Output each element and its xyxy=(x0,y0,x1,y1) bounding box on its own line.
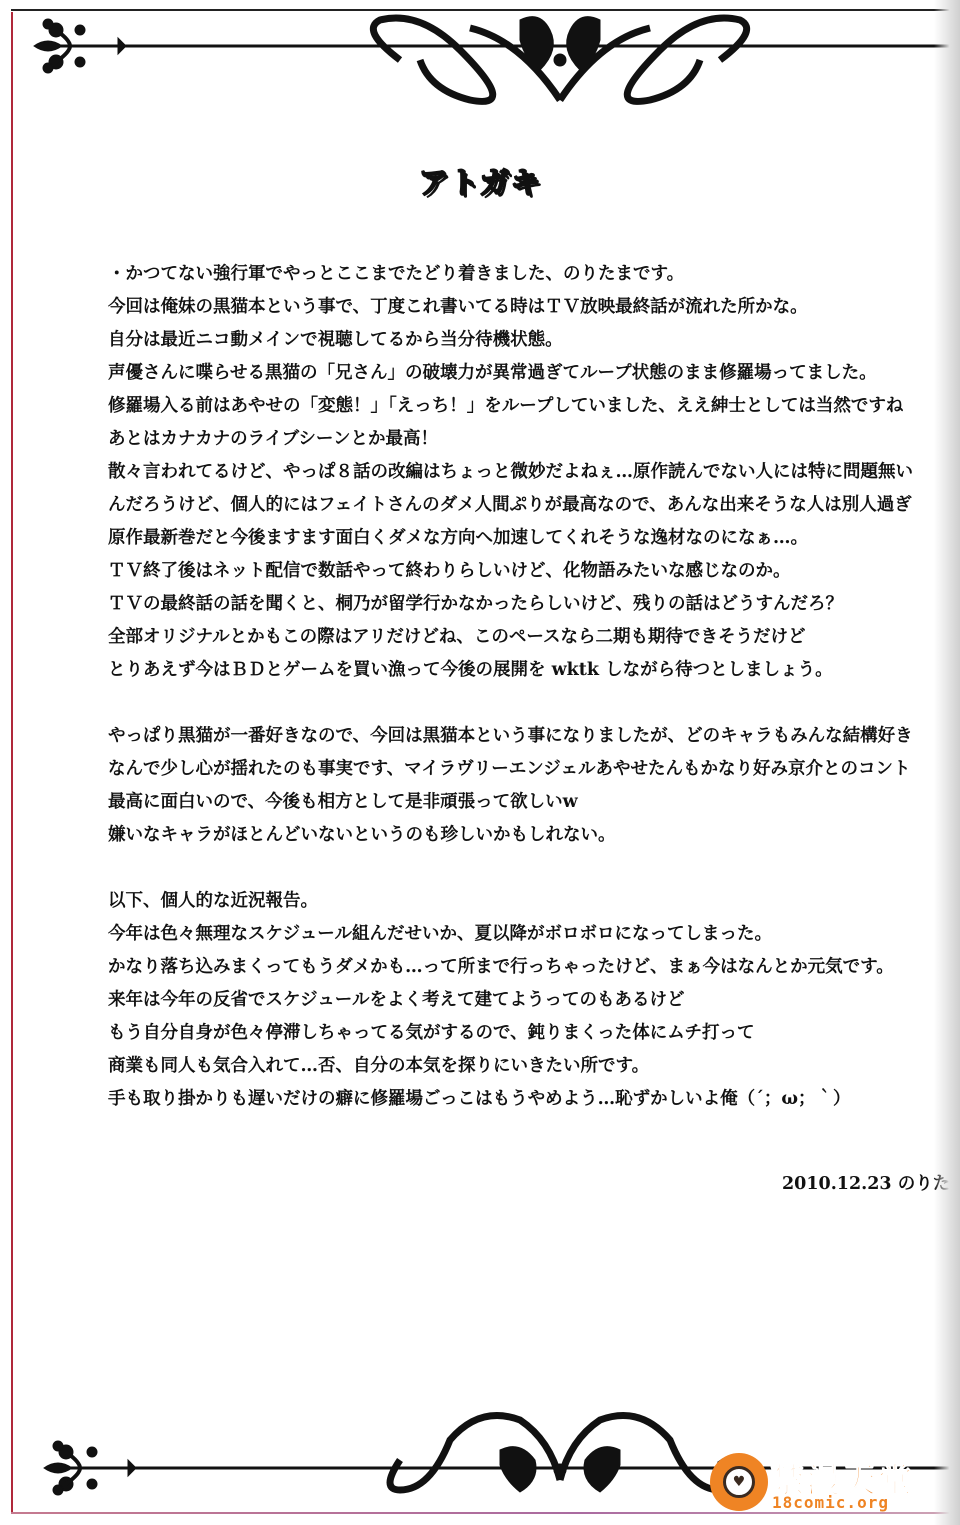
text-line: 今回は俺妹の黒猫本という事で、丁度これ書いてる時はＴＶ放映最終話が流れた所かな。 xyxy=(108,291,960,324)
text-line: 自分は最近ニコ動メインで視聴してるから当分待機状態。 xyxy=(108,324,960,357)
text-line: 手も取り掛かりも遅いだけの癖に修羅場ごっこはもうやめよう…恥ずかしいよ俺（´；ω… xyxy=(108,1083,960,1116)
text-line: 商業も同人も気合入れて…否、自分の本気を探りにいきたい所です。 xyxy=(108,1050,960,1083)
text-line: あとはカナカナのライブシーンとか最高！ xyxy=(108,423,960,456)
afterword-body: ・かつてない強行軍でやっとここまでたどり着きました、のりたまです。 今回は俺妹の… xyxy=(108,258,960,1116)
top-ornament xyxy=(0,0,960,120)
site-watermark: ♥ 禁漫天堂 18comic.org xyxy=(700,1435,950,1520)
text-line: ・かつてない強行軍でやっとここまでたどり着きました、のりたまです。 xyxy=(108,258,960,291)
page-title: アトガキ xyxy=(0,158,960,202)
text-line: 散々言われてるけど、やっぱ８話の改編はちょっと微妙だよねぇ…原作読んでない人には… xyxy=(108,456,960,489)
text-line: やっぱり黒猫が一番好きなので、今回は黒猫本という事になりましたが、どのキャラもみ… xyxy=(108,720,960,753)
text-line: 原作最新巻だと今後ますます面白くダメな方向へ加速してくれそうな逸材なのになぁ…。 xyxy=(108,522,960,555)
paragraph-3: 以下、個人的な近況報告。 今年は色々無理なスケジュール組んだせいか、夏以降がボロ… xyxy=(108,885,960,1116)
paragraph-2: やっぱり黒猫が一番好きなので、今回は黒猫本という事になりましたが、どのキャラもみ… xyxy=(108,720,960,852)
text-line: なんで少し心が揺れたのも事実です、マイラヴリーエンジェルあやせたんもかなり好み京… xyxy=(108,753,960,786)
text-line: 最高に面白いので、今後も相方として是非頑張って欲しいw xyxy=(108,786,960,819)
text-line: 以下、個人的な近況報告。 xyxy=(108,885,960,918)
text-line: 今年は色々無理なスケジュール組んだせいか、夏以降がボロボロになってしまった。 xyxy=(108,918,960,951)
text-line: んだろうけど、個人的にはフェイトさんのダメ人間ぷりが最高なので、あんな出来そうな… xyxy=(108,489,960,522)
watermark-logo: ♥ xyxy=(710,1453,768,1511)
text-line: 来年は今年の反省でスケジュールをよく考えて建てようってのもあるけど xyxy=(108,984,960,1017)
text-line: かなり落ち込みまくってもうダメかも…って所まで行っちゃったけど、まぁ今はなんとか… xyxy=(108,951,960,984)
text-line: とりあえず今はＢＤとゲームを買い漁って今後の展開を wktk しながら待つとしま… xyxy=(108,654,960,687)
watermark-url: 18comic.org xyxy=(772,1493,889,1512)
flourish-ornament-icon xyxy=(0,0,960,120)
page-margin-line xyxy=(11,12,13,1512)
text-line: 全部オリジナルとかもこの際はアリだけどね、このペースなら二期も期待できそうだけど xyxy=(108,621,960,654)
text-line: もう自分自身が色々停滞しちゃってる気がするので、鈍りまくった体にムチ打って xyxy=(108,1017,960,1050)
heart-icon: ♥ xyxy=(723,1466,755,1498)
page-gutter-shadow xyxy=(934,0,960,1525)
text-line: 嫌いなキャラがほとんどいないというのも珍しいかもしれない。 xyxy=(108,819,960,852)
text-line: ＴＶ終了後はネット配信で数話やって終わりらしいけど、化物語みたいな感じなのか。 xyxy=(108,555,960,588)
text-line: 声優さんに喋らせる黒猫の「兄さん」の破壊力が異常過ぎてループ状態のまま修羅場って… xyxy=(108,357,960,390)
text-line: ＴＶの最終話の話を聞くと、桐乃が留学行かなかったらしいけど、残りの話はどうすんだ… xyxy=(108,588,960,621)
paragraph-1: ・かつてない強行軍でやっとここまでたどり着きました、のりたまです。 今回は俺妹の… xyxy=(108,258,960,687)
text-line: 修羅場入る前はあやせの「変態！」「えっち！」をループしていました、ええ紳士として… xyxy=(108,390,960,423)
